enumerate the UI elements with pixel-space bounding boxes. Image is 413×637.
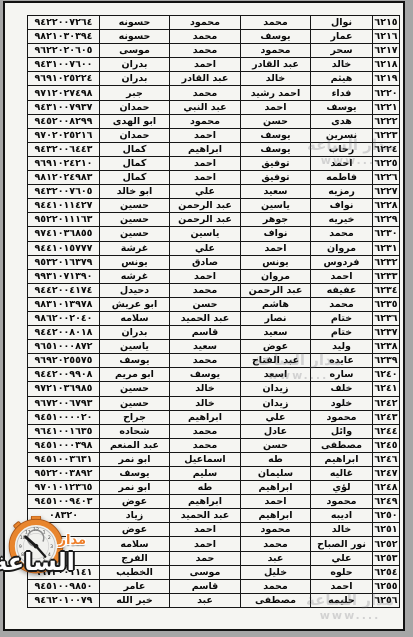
table-row: ٦٢٢٧رمزيهسعيدعليابو خالد٩٤٣٢٠٠٧٦٠٥ <box>28 185 400 199</box>
cell-grandfather: محمد <box>170 354 241 368</box>
cell-grandfather: ياسين <box>170 227 241 241</box>
cell-serial: ٦٢٣٨ <box>373 340 400 354</box>
cell-name: نواف <box>311 199 373 213</box>
cell-serial: ٦٢٤٣ <box>373 410 400 424</box>
cell-family: بدران <box>100 72 170 86</box>
cell-serial: ٦٢٢٣ <box>373 128 400 142</box>
table-row: ٦٢٤٨لؤيابراهيمطهابو نمر٩٧٠١٠١٢٣٦٥ <box>28 481 400 495</box>
cell-phone: ٩٩٣١٠٧١٣٩٠ <box>28 269 100 283</box>
cell-father: نواف <box>241 227 311 241</box>
cell-family: كمال <box>100 156 170 170</box>
cell-phone: ٩٤٣٢٠٠٧٦٠٥ <box>28 185 100 199</box>
table-row: ٦٢٤٠سارهاسعديوسفابو مريم٩٤٤٢٠٠٩٩٠٨ <box>28 368 400 382</box>
cell-serial: ٦٢٢٤ <box>373 142 400 156</box>
cell-serial: ٦٢٣١ <box>373 241 400 255</box>
table-row: ٦٢٣٣احمدمرواناحمدغرشه٩٩٣١٠٧١٣٩٠ <box>28 269 400 283</box>
cell-father: سليمان <box>241 467 311 481</box>
table-row: ٦٢٢٨نوافياسينعبد الرحمنحسين٩٤٤١٠١١٤٢٧ <box>28 199 400 213</box>
cell-phone: ٩٤٥١٠٠٠٠٢٠ <box>28 410 100 424</box>
cell-grandfather: عبد النبي <box>170 100 241 114</box>
cell-serial: ٦٢٢٨ <box>373 199 400 213</box>
cell-family: يونس <box>100 255 170 269</box>
cell-serial: ٦٢١٦ <box>373 30 400 44</box>
cell-family: عامر <box>100 579 170 593</box>
cell-phone: ٩٧٠٢٠٢٥٢١٦ <box>28 128 100 142</box>
cell-family: حسين <box>100 227 170 241</box>
cell-grandfather: ابراهيم <box>170 495 241 509</box>
cell-grandfather: صادق <box>170 255 241 269</box>
cell-grandfather: محمود <box>170 114 241 128</box>
cell-serial: ٦٢٢٦ <box>373 171 400 185</box>
cell-family: ابو نمر <box>100 481 170 495</box>
cell-phone: ٩٤٤٢٠٠٨٠١٨ <box>28 326 100 340</box>
cell-serial: ٦٢٤١ <box>373 382 400 396</box>
table-row: ٦٢٢٤رحابيوسفابراهيمكمال٩٤٣٢٠٠٦٤٤٣ <box>28 142 400 156</box>
cell-grandfather: محمد <box>170 283 241 297</box>
cell-father: يوسف <box>241 30 311 44</box>
cell-father: عوض <box>241 340 311 354</box>
cell-father: حسن <box>241 114 311 128</box>
table-row: ٦٢٤٥مصطفىحسنمحمدعبد المنعم٩٤٥١٠٠٠٣٩٨ <box>28 438 400 452</box>
names-roster-table: ٦٢١٥نوالمحمدمحمودحسونه٩٤٢٢٠٠٧٢٦٤٦٢١٦عمار… <box>27 15 400 608</box>
cell-serial: ٦٢٣٧ <box>373 326 400 340</box>
cell-family: زياد <box>100 509 170 523</box>
cell-phone: ٩٤٤١٠١١٤٢٧ <box>28 199 100 213</box>
cell-name: نوال <box>311 16 373 30</box>
cell-phone: ٩٤٤٢٠٠٩٩٠٨ <box>28 368 100 382</box>
cell-phone: ٩٤٦٢٠١٠٠٧٩ <box>28 593 100 607</box>
cell-father: اسعد <box>241 368 311 382</box>
cell-name: احمد <box>311 156 373 170</box>
cell-grandfather: اسماعيل <box>170 452 241 466</box>
cell-phone: ٩٥٣٢٠١٦٣٧٩ <box>28 255 100 269</box>
table-row: ٦٢٥٤حلوهخليلموسىالخطيب٩٦٧٢٠٠١١٤١ <box>28 565 400 579</box>
cell-family: جراح <box>100 410 170 424</box>
cell-father: ابراهيم <box>241 509 311 523</box>
table-row: ٦٢٣٠محمدنوافياسينحسين٩٧٤١٠٣٦٨٥٥ <box>28 227 400 241</box>
cell-family: حسونه <box>100 30 170 44</box>
cell-father: محمد <box>241 579 311 593</box>
cell-father: مصطفى <box>241 593 311 607</box>
cell-family: شحاده <box>100 424 170 438</box>
cell-phone: ٩٤٢٢٠٠٧٢٦٤ <box>28 16 100 30</box>
cell-name: ختام <box>311 326 373 340</box>
cell-grandfather: عبد الرحمن <box>170 213 241 227</box>
cell-name: رحاب <box>311 142 373 156</box>
cell-family: حسين <box>100 213 170 227</box>
cell-name: مصطفى <box>311 438 373 452</box>
cell-grandfather: احمد <box>170 58 241 72</box>
cell-serial: ٦٢٥١ <box>373 523 400 537</box>
cell-grandfather: طه <box>170 481 241 495</box>
table-row: ٦٢٥٣عليعبدحمدالفرج <box>28 551 400 565</box>
cell-serial: ٦٢٤٦ <box>373 452 400 466</box>
cell-father: عبد <box>241 551 311 565</box>
document-page: ٦٢١٥نوالمحمدمحمودحسونه٩٤٢٢٠٠٧٢٦٤٦٢١٦عمار… <box>3 1 405 631</box>
cell-name: عمار <box>311 30 373 44</box>
cell-name: سحر <box>311 44 373 58</box>
cell-family: ابو الهدى <box>100 114 170 128</box>
cell-father: مروان <box>241 269 311 283</box>
cell-family: دحيدل <box>100 283 170 297</box>
cell-name: فردوس <box>311 255 373 269</box>
table-body: ٦٢١٥نوالمحمدمحمودحسونه٩٤٢٢٠٠٧٢٦٤٦٢١٦عمار… <box>28 16 400 608</box>
cell-phone: ٩٦٥١٠٠٠٨٧٢ <box>28 340 100 354</box>
cell-grandfather: محمد <box>170 86 241 100</box>
cell-family: عبد المنعم <box>100 438 170 452</box>
cell-serial: ٦٢٥٢ <box>373 537 400 551</box>
cell-phone: ٩٤٥١٠٠٩٨٥٠ <box>28 579 100 593</box>
cell-serial: ٦٢٣٣ <box>373 269 400 283</box>
cell-serial: ٦٢٤٨ <box>373 481 400 495</box>
table-row: ٦٢٤٢خلودزيدانخالدحسين٩٦٧٢٠٠٦٧٩٣ <box>28 396 400 410</box>
cell-grandfather: احمد <box>170 128 241 142</box>
cell-family: الخطيب <box>100 565 170 579</box>
cell-name: غاليه <box>311 467 373 481</box>
cell-grandfather: خالد <box>170 382 241 396</box>
cell-serial: ٦٢٥٦ <box>373 593 400 607</box>
cell-father: ابراهيم <box>241 481 311 495</box>
cell-grandfather: محمد <box>170 30 241 44</box>
watermark-url-text: www.... <box>293 609 407 623</box>
cell-grandfather: سليم <box>170 467 241 481</box>
cell-phone: ٩٧٢١٠٣٦٩٨٥ <box>28 382 100 396</box>
table-row: ٦٢٣١مرواناحمدعليغرشة٩٤٤١٠١٥٧٧٧ <box>28 241 400 255</box>
cell-name: احمد <box>311 579 373 593</box>
cell-grandfather: احمد <box>170 269 241 283</box>
table-row: ٦٢٣٩عايدهعبد الفتاحمحمديوسف٩٦٩٢٠٢٥٥٧٥ <box>28 354 400 368</box>
table-row: ٦٢٢٥احمدتوفيقاحمدكمال٩٦٩١٠٢٤٢١٠ <box>28 156 400 170</box>
cell-father: احمد <box>241 100 311 114</box>
cell-phone: ٩٦٧٢٠٠١١٤١ <box>28 565 100 579</box>
cell-name: نسرين <box>311 128 373 142</box>
cell-name: رمزيه <box>311 185 373 199</box>
cell-serial: ٦٢١٩ <box>373 72 400 86</box>
cell-serial: ٦٢٥٣ <box>373 551 400 565</box>
cell-name: ابراهيم <box>311 452 373 466</box>
cell-father: يوسف <box>241 128 311 142</box>
cell-father: زيدان <box>241 396 311 410</box>
cell-serial: ٦٢٣٢ <box>373 255 400 269</box>
cell-phone: ٩٦٩١٠٢٤٢١٠ <box>28 156 100 170</box>
table-row: ٦٢٣٦ختامنصارعبد الحميدسلامه٩٨٦٢٠٠٢٠٤٠ <box>28 311 400 325</box>
table-row: ٦٢١٩هيثمخالدعبد القادربدران٩٦٩١٠٢٥٢٢٤ <box>28 72 400 86</box>
cell-grandfather: محمد <box>170 438 241 452</box>
cell-father: عبد الفتاح <box>241 354 311 368</box>
cell-phone: ٩٨٦٢٠٠٢٠٤٠ <box>28 311 100 325</box>
table-row: ٦٢٤٧غاليهسليمانسليميوسف٩٥٢٢٠٠٣٨٩٢ <box>28 467 400 481</box>
table-row: ٦٢٣٢فردوسيونسصادقيونس٩٥٣٢٠١٦٣٧٩ <box>28 255 400 269</box>
cell-name: محمود <box>311 410 373 424</box>
cell-serial: ٦٢٤٢ <box>373 396 400 410</box>
cell-phone: ٩٤٥٢٠٠٨٢٩٩ <box>28 114 100 128</box>
cell-name: فاطمه <box>311 171 373 185</box>
cell-family: ابو مريم <box>100 368 170 382</box>
cell-phone: ٩٨٣١٠١٣٩٧٨ <box>28 297 100 311</box>
cell-serial: ٦٢٤٠ <box>373 368 400 382</box>
cell-grandfather: احمد <box>170 537 241 551</box>
cell-family: حسين <box>100 382 170 396</box>
cell-serial: ٦٢٣٤ <box>373 283 400 297</box>
cell-phone: ٩٦٩١٠٢٥٢٢٤ <box>28 72 100 86</box>
cell-serial: ٦٢٣٥ <box>373 297 400 311</box>
table-row: ٦٢٣٧ختامسعيدقاسمبدران٩٤٤٢٠٠٨٠١٨ <box>28 326 400 340</box>
cell-father: خليل <box>241 565 311 579</box>
cell-serial: ٦٢٢٥ <box>373 156 400 170</box>
cell-serial: ٦٢٤٧ <box>373 467 400 481</box>
cell-phone: ٩٦٢٢٠٢٠٦٠٥ <box>28 44 100 58</box>
cell-grandfather: احمد <box>170 156 241 170</box>
cell-family: الفرج <box>100 551 170 565</box>
table-row: ٦٢٣٥محمدهاشمحسنابو عريش٩٨٣١٠١٣٩٧٨ <box>28 297 400 311</box>
cell-family: ياسين <box>100 340 170 354</box>
table-row: ٦٢٢٠فداءاحمد رشيدمحمدجبر٩٧١٢٠٢٧٤٩٨ <box>28 86 400 100</box>
cell-grandfather: قاسم <box>170 326 241 340</box>
cell-family: كمال <box>100 142 170 156</box>
cell-family: ابو خالد <box>100 185 170 199</box>
cell-name: خالد <box>311 58 373 72</box>
table-row: ٦٢٤٣محمودعليابراهيمجراح٩٤٥١٠٠٠٠٢٠ <box>28 410 400 424</box>
cell-father: جوهر <box>241 213 311 227</box>
cell-phone: ٩٤٥١٠٠٠٣٩٨ <box>28 438 100 452</box>
cell-grandfather: عبد القادر <box>170 72 241 86</box>
cell-father: محمد <box>241 16 311 30</box>
cell-name: محمد <box>311 227 373 241</box>
cell-name: وليد <box>311 340 373 354</box>
cell-family: حمدان <box>100 128 170 142</box>
cell-family: بدران <box>100 58 170 72</box>
table-row: ٦٢٢٩خيريهجوهرعبد الرحمنحسين٩٥٢٢٠١١١٦٣ <box>28 213 400 227</box>
cell-family: عوض <box>100 495 170 509</box>
table-row: ٦٢٢٢هدىحسنمحمودابو الهدى٩٤٥٢٠٠٨٢٩٩ <box>28 114 400 128</box>
cell-grandfather: محمد <box>170 44 241 58</box>
cell-phone: ٩٧٤١٠٣٦٨٥٥ <box>28 227 100 241</box>
cell-father: يوسف <box>241 142 311 156</box>
cell-phone: ٩٤٥١٠٠٩٤٠٣ <box>28 495 100 509</box>
cell-father: محمد <box>241 537 311 551</box>
cell-phone <box>28 551 100 565</box>
cell-name: عايده <box>311 354 373 368</box>
cell-serial: ٦٢٣٩ <box>373 354 400 368</box>
cell-phone: ٩٤٣١٠٠٧٩٣٧ <box>28 100 100 114</box>
table-row: ٦٢٣٨وليدعوضسعيدياسين٩٦٥١٠٠٠٨٧٢ <box>28 340 400 354</box>
cell-family: حسين <box>100 396 170 410</box>
cell-father: محمود <box>241 523 311 537</box>
cell-name: لؤي <box>311 481 373 495</box>
cell-serial: ٦٢٥٥ <box>373 579 400 593</box>
cell-phone: ٩٦٤١٠٠١٦٣٥ <box>28 424 100 438</box>
cell-family: كمال <box>100 171 170 185</box>
cell-phone <box>28 537 100 551</box>
cell-phone <box>28 523 100 537</box>
cell-grandfather: احمد <box>170 171 241 185</box>
cell-grandfather: محمود <box>170 16 241 30</box>
cell-father: ياسين <box>241 199 311 213</box>
cell-grandfather: قاسم <box>170 579 241 593</box>
cell-serial: ٦٢٣٦ <box>373 311 400 325</box>
cell-name: ساره <box>311 368 373 382</box>
cell-father: علي <box>241 410 311 424</box>
cell-grandfather: عبد الرحمن <box>170 199 241 213</box>
cell-family: حسونه <box>100 16 170 30</box>
table-row: ٦٢٤٦ابراهيمطهاسماعيلابو نمر٩٤٥١٠٠٣٦٣١ <box>28 452 400 466</box>
cell-phone: ٩٤٥١٠٠٣٦٣١ <box>28 452 100 466</box>
table-row: ٦٢٢١يوسفاحمدعبد النبيحمدان٩٤٣١٠٠٧٩٣٧ <box>28 100 400 114</box>
cell-serial: ٦٢١٥ <box>373 16 400 30</box>
table-row: ٦٢١٦عماريوسفمحمدحسونه٩٨٢١٠٣٠٣٩٤ <box>28 30 400 44</box>
cell-grandfather: حسن <box>170 297 241 311</box>
cell-serial: ٦٢٢٢ <box>373 114 400 128</box>
cell-grandfather: يوسف <box>170 368 241 382</box>
cell-grandfather: موسى <box>170 565 241 579</box>
table-row: ٦٢١٧سحرمحمودمحمدموسى٩٦٢٢٠٢٠٦٠٥ <box>28 44 400 58</box>
cell-father: عبد القادر <box>241 58 311 72</box>
cell-serial: ٦٢٢٠ <box>373 86 400 100</box>
cell-name: نور الصباح <box>311 537 373 551</box>
cell-grandfather: ابراهيم <box>170 142 241 156</box>
table-row: ٦٢٥٠اديبهابراهيمعبد الحميدزياد٠٨٣٢٠ <box>28 509 400 523</box>
table-row: ٦٢٥٦حليمهمصطفىعبدخير الله٩٤٦٢٠١٠٠٧٩ <box>28 593 400 607</box>
cell-family: ابو عريش <box>100 297 170 311</box>
cell-phone: ٠٨٣٢٠ <box>28 509 100 523</box>
cell-name: فداء <box>311 86 373 100</box>
cell-phone: ٩٨١٢٠٢٤٩٨٣ <box>28 171 100 185</box>
cell-serial: ٦٢٢١ <box>373 100 400 114</box>
cell-father: احمد رشيد <box>241 86 311 100</box>
cell-name: يوسف <box>311 100 373 114</box>
cell-phone: ٩٦٩٢٠٢٥٥٧٥ <box>28 354 100 368</box>
cell-name: هدى <box>311 114 373 128</box>
cell-father: هاشم <box>241 297 311 311</box>
table-row: ٦٢٥٢نور الصباحمحمداحمدسلامه <box>28 537 400 551</box>
cell-grandfather: سعيد <box>170 340 241 354</box>
cell-name: هيثم <box>311 72 373 86</box>
cell-father: نصار <box>241 311 311 325</box>
cell-grandfather: عبد الحميد <box>170 509 241 523</box>
table-row: ٦٢٤٩محموداحمدابراهيمعوض٩٤٥١٠٠٩٤٠٣ <box>28 495 400 509</box>
cell-grandfather: محمد <box>170 424 241 438</box>
cell-phone: ٩٤٣٢٠٠٦٤٤٣ <box>28 142 100 156</box>
cell-phone: ٩٧١٢٠٢٧٤٩٨ <box>28 86 100 100</box>
cell-father: عبد الرحمن <box>241 283 311 297</box>
cell-serial: ٦٢٤٩ <box>373 495 400 509</box>
cell-family: سلامه <box>100 311 170 325</box>
cell-phone: ٩٤٤١٠١٥٧٧٧ <box>28 241 100 255</box>
cell-father: سعيد <box>241 326 311 340</box>
cell-grandfather: احمد <box>170 523 241 537</box>
table-row: ٦٢٢٦فاطمهتوفيقاحمدكمال٩٨١٢٠٢٤٩٨٣ <box>28 171 400 185</box>
cell-name: خلود <box>311 396 373 410</box>
cell-name: ختام <box>311 311 373 325</box>
table-row: ٦٢٢٣نسرينيوسفاحمدحمدان٩٧٠٢٠٢٥٢١٦ <box>28 128 400 142</box>
cell-phone: ٩٦٧٢٠٠٦٧٩٣ <box>28 396 100 410</box>
cell-serial: ٦٢١٨ <box>373 58 400 72</box>
cell-family: ابو نمر <box>100 452 170 466</box>
cell-family: يوسف <box>100 354 170 368</box>
table-row: ٦٢٥١خالدمحموداحمدعوض <box>28 523 400 537</box>
cell-name: خيريه <box>311 213 373 227</box>
cell-serial: ٦٢٣٠ <box>373 227 400 241</box>
cell-name: احمد <box>311 269 373 283</box>
cell-family: غرشة <box>100 241 170 255</box>
cell-father: سعيد <box>241 185 311 199</box>
cell-phone: ٩٧٠١٠١٢٣٦٥ <box>28 481 100 495</box>
cell-father: زيدان <box>241 382 311 396</box>
cell-father: احمد <box>241 495 311 509</box>
cell-father: عادل <box>241 424 311 438</box>
table-row: ٦٢١٥نوالمحمدمحمودحسونه٩٤٢٢٠٠٧٢٦٤ <box>28 16 400 30</box>
cell-name: عفيفه <box>311 283 373 297</box>
cell-father: احمد <box>241 241 311 255</box>
cell-name: مروان <box>311 241 373 255</box>
table-row: ٦٢٤٤وائلعادلمحمدشحاده٩٦٤١٠٠١٦٣٥ <box>28 424 400 438</box>
cell-father: خالد <box>241 72 311 86</box>
cell-family: جبر <box>100 86 170 100</box>
cell-name: محمود <box>311 495 373 509</box>
table-row: ٦٢٣٤عفيفهعبد الرحمنمحمددحيدل٩٤٤٢٠٠٤١٧٤ <box>28 283 400 297</box>
cell-grandfather: علي <box>170 185 241 199</box>
cell-serial: ٦٢٤٤ <box>373 424 400 438</box>
cell-grandfather: عبد الحميد <box>170 311 241 325</box>
cell-serial: ٦٢٢٧ <box>373 185 400 199</box>
cell-serial: ٦٢٥٠ <box>373 509 400 523</box>
cell-family: بدران <box>100 326 170 340</box>
cell-father: طه <box>241 452 311 466</box>
cell-name: علي <box>311 551 373 565</box>
table-row: ٦٢١٨خالدعبد القادراحمدبدران٩٤٣١٠٠٧٦٠٠ <box>28 58 400 72</box>
table-row: ٦٢٥٥احمدمحمدقاسمعامر٩٤٥١٠٠٩٨٥٠ <box>28 579 400 593</box>
cell-name: محمد <box>311 297 373 311</box>
cell-grandfather: حمد <box>170 551 241 565</box>
cell-name: خالد <box>311 523 373 537</box>
table-row: ٦٢٤١خلفزيدانخالدحسين٩٧٢١٠٣٦٩٨٥ <box>28 382 400 396</box>
cell-grandfather: ابراهيم <box>170 410 241 424</box>
cell-name: حليمه <box>311 593 373 607</box>
cell-grandfather: عبد <box>170 593 241 607</box>
cell-family: غرشه <box>100 269 170 283</box>
cell-serial: ٦٢٤٥ <box>373 438 400 452</box>
cell-name: حلوه <box>311 565 373 579</box>
cell-phone: ٩٤٤٢٠٠٤١٧٤ <box>28 283 100 297</box>
cell-phone: ٩٤٣١٠٠٧٦٠٠ <box>28 58 100 72</box>
cell-father: توفيق <box>241 171 311 185</box>
cell-grandfather: خالد <box>170 396 241 410</box>
cell-family: خير الله <box>100 593 170 607</box>
cell-phone: ٩٨٢١٠٣٠٣٩٤ <box>28 30 100 44</box>
cell-serial: ٦٢٥٤ <box>373 565 400 579</box>
cell-grandfather: علي <box>170 241 241 255</box>
cell-family: حمدان <box>100 100 170 114</box>
cell-family: سلامه <box>100 537 170 551</box>
cell-family: حسين <box>100 199 170 213</box>
cell-serial: ٦٢٢٩ <box>373 213 400 227</box>
cell-name: وائل <box>311 424 373 438</box>
cell-family: يوسف <box>100 467 170 481</box>
cell-father: يونس <box>241 255 311 269</box>
cell-family: موسى <box>100 44 170 58</box>
cell-father: حسن <box>241 438 311 452</box>
cell-name: اديبه <box>311 509 373 523</box>
cell-phone: ٩٥٢٢٠١١١٦٣ <box>28 213 100 227</box>
cell-name: خلف <box>311 382 373 396</box>
cell-serial: ٦٢١٧ <box>373 44 400 58</box>
cell-phone: ٩٥٢٢٠٠٣٨٩٢ <box>28 467 100 481</box>
cell-family: عوض <box>100 523 170 537</box>
cell-father: محمود <box>241 44 311 58</box>
cell-father: توفيق <box>241 156 311 170</box>
